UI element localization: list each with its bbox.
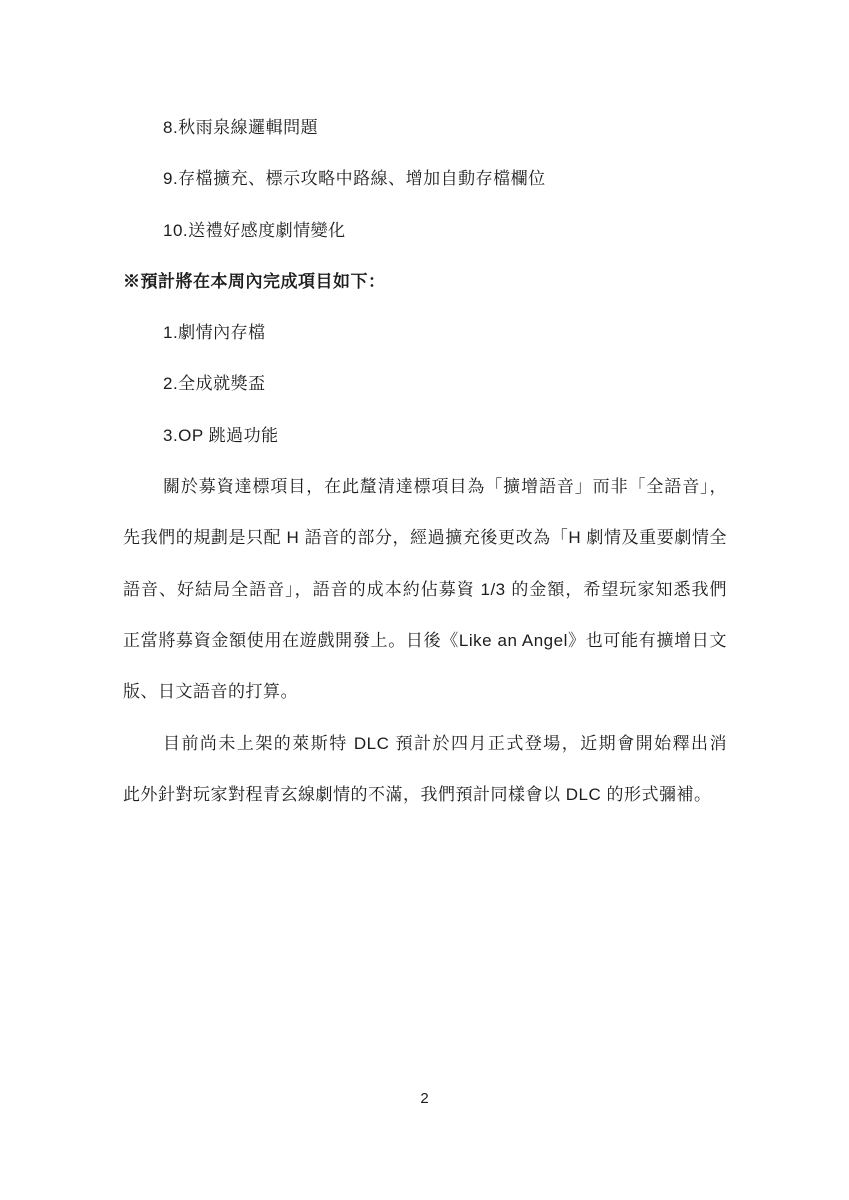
paragraph-funding-line-5: 版、日文語音的打算。 [123, 666, 727, 717]
week-list-item-1: 1.劇情內存檔 [123, 307, 727, 358]
paragraph-funding-line-4: 正當將募資金額使用在遊戲開發上。日後《Like an Angel》也可能有擴增日… [123, 615, 727, 666]
list-item-10: 10.送禮好感度劇情變化 [123, 205, 727, 256]
week-list-item-2: 2.全成就獎盃 [123, 358, 727, 409]
page-number: 2 [0, 1088, 849, 1110]
paragraph-funding-line-2: 先我們的規劃是只配 H 語音的部分，經過擴充後更改為「H 劇情及重要劇情全 [123, 512, 727, 563]
section-heading: ※預計將在本周內完成項目如下： [123, 256, 727, 307]
paragraph-funding-line-3: 語音、好結局全語音」，語音的成本約佔募資 1/3 的金額，希望玩家知悉我們是 [123, 564, 727, 615]
week-list-item-3: 3.OP 跳過功能 [123, 410, 727, 461]
list-item-8: 8.秋雨泉線邏輯問題 [123, 102, 727, 153]
document-page: 8.秋雨泉線邏輯問題 9.存檔擴充、標示攻略中路線、增加自動存檔欄位 10.送禮… [0, 0, 849, 1200]
document-body: 8.秋雨泉線邏輯問題 9.存檔擴充、標示攻略中路線、增加自動存檔欄位 10.送禮… [123, 102, 727, 820]
paragraph-funding-line-1: 關於募資達標項目，在此釐清達標項目為「擴增語音」而非「全語音」，原 [123, 461, 727, 512]
paragraph-dlc-line-1: 目前尚未上架的萊斯特 DLC 預計於四月正式登場，近期會開始釋出消息； [123, 718, 727, 769]
list-item-9: 9.存檔擴充、標示攻略中路線、增加自動存檔欄位 [123, 153, 727, 204]
paragraph-dlc-line-2: 此外針對玩家對程青玄線劇情的不滿，我們預計同樣會以 DLC 的形式彌補。 [123, 769, 727, 820]
